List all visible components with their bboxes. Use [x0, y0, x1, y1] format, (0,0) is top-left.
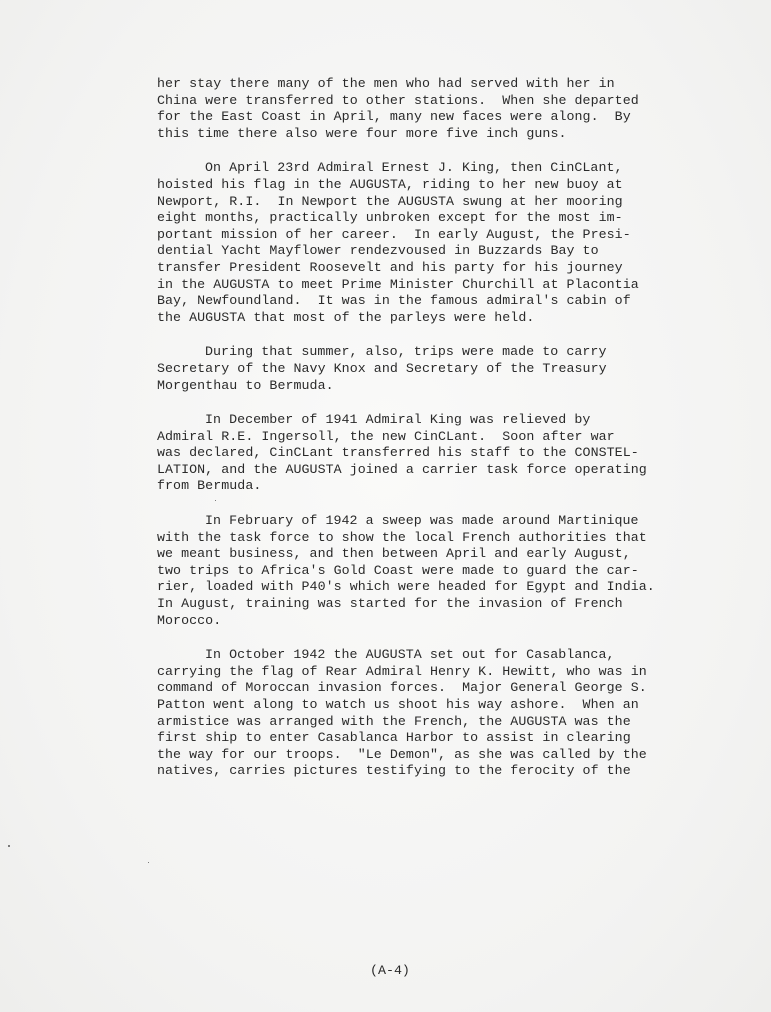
text-line: the way for our troops. "Le Demon", as s…: [157, 747, 677, 764]
text-line: Morgenthau to Bermuda.: [157, 378, 677, 395]
text-line: Morocco.: [157, 613, 677, 630]
body-text: her stay there many of the men who had s…: [157, 76, 677, 798]
text-line: In October 1942 the AUGUSTA set out for …: [157, 647, 677, 664]
text-line: two trips to Africa's Gold Coast were ma…: [157, 563, 677, 580]
text-line: carrying the flag of Rear Admiral Henry …: [157, 664, 677, 681]
text-line: with the task force to show the local Fr…: [157, 530, 677, 547]
text-line: China were transferred to other stations…: [157, 93, 677, 110]
text-line: transfer President Roosevelt and his par…: [157, 260, 677, 277]
text-line: On April 23rd Admiral Ernest J. King, th…: [157, 160, 677, 177]
paper-speck: [8, 845, 10, 847]
text-line: Patton went along to watch us shoot his …: [157, 697, 677, 714]
text-line: In February of 1942 a sweep was made aro…: [157, 513, 677, 530]
text-line: dential Yacht Mayflower rendezvoused in …: [157, 243, 677, 260]
text-line: LATION, and the AUGUSTA joined a carrier…: [157, 462, 677, 479]
text-line: the AUGUSTA that most of the parleys wer…: [157, 310, 677, 327]
document-page: her stay there many of the men who had s…: [0, 0, 771, 1012]
paper-speck: [148, 862, 149, 863]
paragraph: In December of 1941 Admiral King was rel…: [157, 412, 677, 495]
paragraph: On April 23rd Admiral Ernest J. King, th…: [157, 160, 677, 326]
text-line: first ship to enter Casablanca Harbor to…: [157, 730, 677, 747]
text-line: Newport, R.I. In Newport the AUGUSTA swu…: [157, 194, 677, 211]
text-line: Admiral R.E. Ingersoll, the new CinCLant…: [157, 429, 677, 446]
text-line: command of Moroccan invasion forces. Maj…: [157, 680, 677, 697]
page-number: (A-4): [370, 963, 410, 978]
text-line: for the East Coast in April, many new fa…: [157, 109, 677, 126]
text-line: eight months, practically unbroken excep…: [157, 210, 677, 227]
text-line: hoisted his flag in the AUGUSTA, riding …: [157, 177, 677, 194]
text-line: armistice was arranged with the French, …: [157, 714, 677, 731]
text-line: this time there also were four more five…: [157, 126, 677, 143]
paragraph: During that summer, also, trips were mad…: [157, 344, 677, 394]
paper-speck: [215, 500, 216, 501]
paragraph: In October 1942 the AUGUSTA set out for …: [157, 647, 677, 780]
text-line: rier, loaded with P40's which were heade…: [157, 579, 677, 596]
text-line: In August, training was started for the …: [157, 596, 677, 613]
text-line: in the AUGUSTA to meet Prime Minister Ch…: [157, 277, 677, 294]
text-line: from Bermuda.: [157, 478, 677, 495]
paragraph: her stay there many of the men who had s…: [157, 76, 677, 142]
text-line: we meant business, and then between Apri…: [157, 546, 677, 563]
text-line: Bay, Newfoundland. It was in the famous …: [157, 293, 677, 310]
paragraph: In February of 1942 a sweep was made aro…: [157, 513, 677, 629]
text-line: In December of 1941 Admiral King was rel…: [157, 412, 677, 429]
text-line: natives, carries pictures testifying to …: [157, 763, 677, 780]
text-line: her stay there many of the men who had s…: [157, 76, 677, 93]
text-line: Secretary of the Navy Knox and Secretary…: [157, 361, 677, 378]
text-line: During that summer, also, trips were mad…: [157, 344, 677, 361]
text-line: was declared, CinCLant transferred his s…: [157, 445, 677, 462]
text-line: portant mission of her career. In early …: [157, 227, 677, 244]
